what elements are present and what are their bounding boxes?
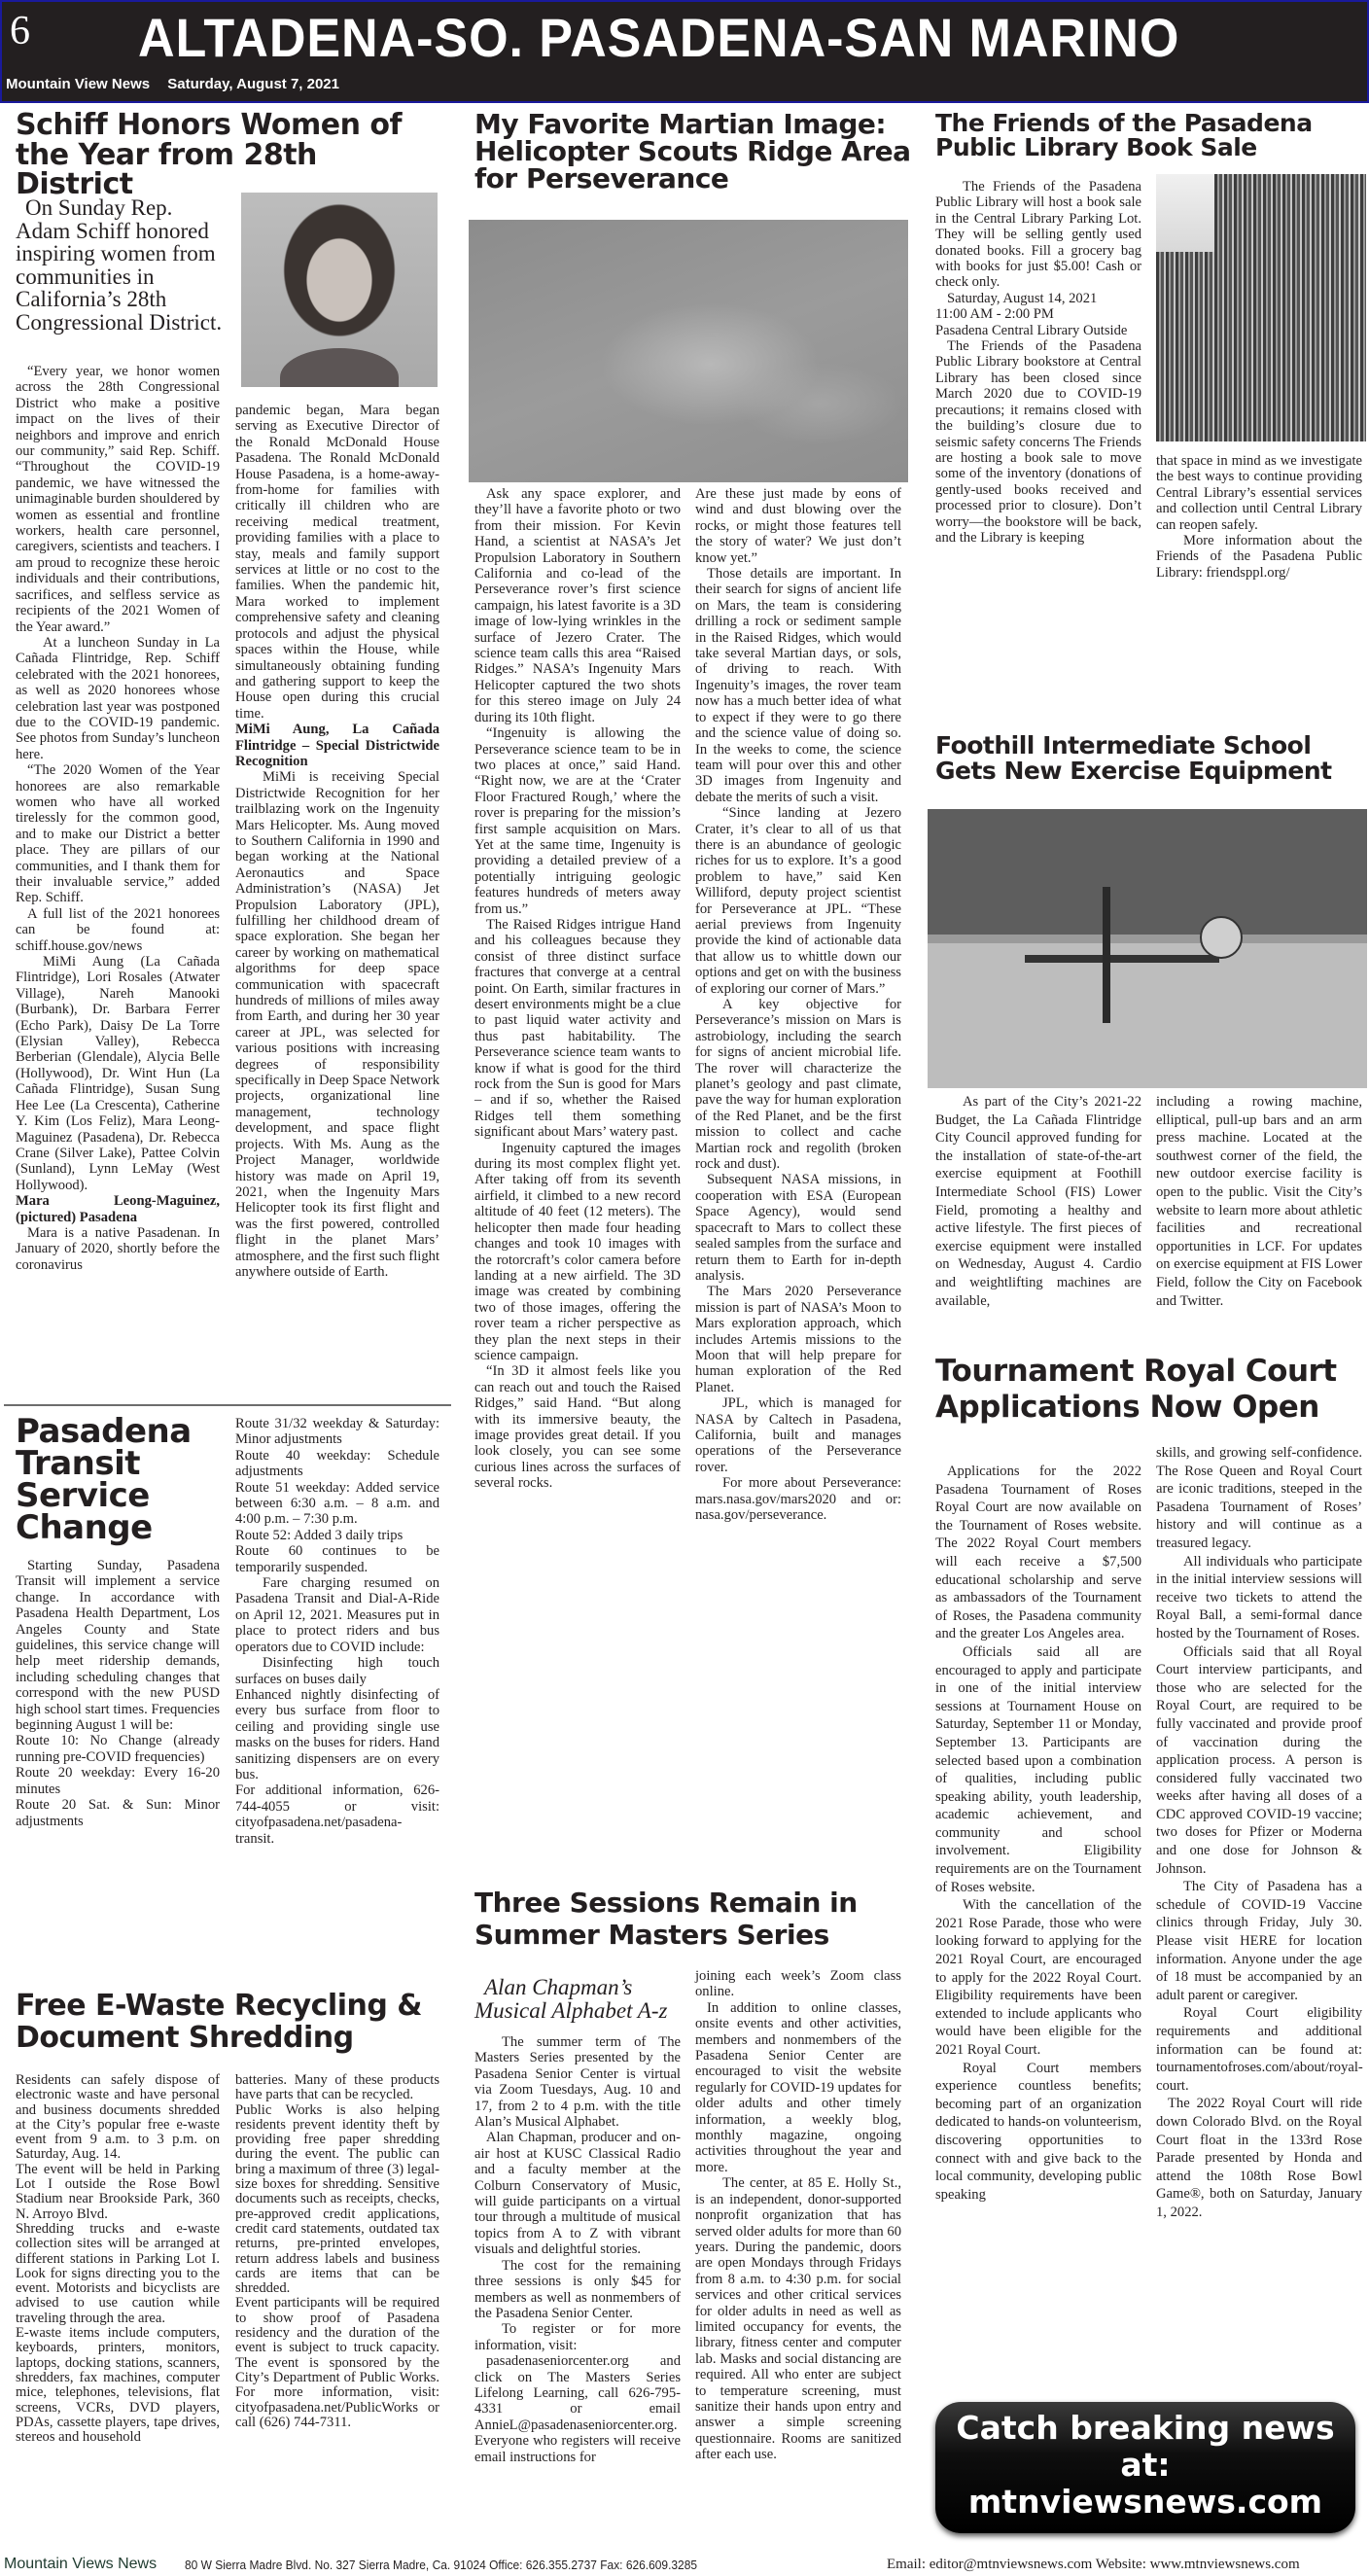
exercise-equipment-photo bbox=[928, 809, 1367, 1088]
article-lede: On Sunday Rep. Adam Schiff honored inspi… bbox=[16, 196, 231, 334]
article-headline: Schiff Honors Women of the Year from 28t… bbox=[16, 111, 443, 200]
publication-name: Mountain View News bbox=[6, 76, 150, 92]
article-column-1: Starting Sunday, Pasadena Transit will i… bbox=[16, 1558, 220, 1829]
article-headline: The Friends of the Pasadena Public Libra… bbox=[935, 111, 1363, 159]
footer-address: 80 W Sierra Madre Blvd. No. 327 Sierra M… bbox=[185, 2558, 697, 2572]
footer-contact: Email: editor@mtnviewsnews.com Website: … bbox=[887, 2557, 1300, 2573]
promo-line-2: at: bbox=[935, 2447, 1355, 2484]
article-column-2: including a rowing machine, elliptical, … bbox=[1156, 1093, 1362, 1310]
footer-brand: Mountain Views News bbox=[4, 2556, 157, 2573]
library-bookshelves-photo bbox=[1156, 174, 1366, 441]
article-subhead: Alan Chapman’s Musical Alphabet A-z bbox=[474, 1976, 679, 2023]
masthead-subline: Mountain View News Saturday, August 7, 2… bbox=[6, 76, 353, 92]
article-column-1: Applications for the 2022 Pasadena Tourn… bbox=[935, 1463, 1141, 2204]
page-number: 6 bbox=[10, 8, 30, 54]
promo-line-3: mtnviewsnews.com bbox=[935, 2484, 1355, 2521]
article-headline: Foothill Intermediate School Gets New Ex… bbox=[935, 733, 1369, 784]
article-headline: Three Sessions Remain in Summer Masters … bbox=[474, 1887, 912, 1951]
masthead: 6 ALTADENA-SO. PASADENA-SAN MARINO Mount… bbox=[0, 0, 1369, 103]
portrait-photo bbox=[241, 193, 438, 387]
article-column-2: skills, and growing self-confidence. The… bbox=[1156, 1444, 1362, 2222]
article-column-2: that space in mind as we investigate the… bbox=[1156, 453, 1362, 581]
promo-line-1: Catch breaking news bbox=[935, 2410, 1355, 2447]
article-column-1: As part of the City’s 2021-22 Budget, th… bbox=[935, 1093, 1141, 1310]
mars-surface-photo bbox=[469, 220, 908, 482]
article-column-2: Are these just made by eons of wind and … bbox=[695, 486, 901, 1523]
article-column-1: “Every year, we honor women across the 2… bbox=[16, 364, 220, 1273]
issue-date: Saturday, August 7, 2021 bbox=[167, 76, 339, 92]
article-headline: Free E-Waste Recycling & Document Shredd… bbox=[16, 1990, 443, 2054]
article-royal-court: Tournament Royal Court Applications Now … bbox=[914, 1354, 1369, 2399]
article-schiff: Schiff Honors Women of the Year from 28t… bbox=[0, 103, 457, 1406]
article-headline: Tournament Royal Court Applications Now … bbox=[935, 1354, 1363, 1426]
article-column-2: Route 31/32 weekday & Saturday: Minor ad… bbox=[235, 1416, 439, 1847]
article-column-2: pandemic began, Mara began serving as Ex… bbox=[235, 403, 439, 1280]
article-column-1: Ask any space explorer, and they’ll have… bbox=[474, 486, 681, 1492]
article-headline: My Favorite Martian Image: Helicopter Sc… bbox=[474, 111, 912, 193]
page-footer: Mountain Views News 80 W Sierra Madre Bl… bbox=[0, 2554, 1369, 2576]
article-column-2: batteries. Many of these products have p… bbox=[235, 2073, 439, 2430]
breaking-news-promo[interactable]: Catch breaking news at: mtnviewsnews.com bbox=[935, 2402, 1355, 2533]
section-title: ALTADENA-SO. PASADENA-SAN MARINO bbox=[138, 6, 1179, 69]
article-headline: Pasadena Transit Service Change bbox=[16, 1416, 210, 1544]
article-column-1: The Friends of the Pasadena Public Libra… bbox=[935, 179, 1141, 546]
article-foothill: Foothill Intermediate School Gets New Ex… bbox=[914, 725, 1369, 1348]
article-column-1: Residents can safely dispose of electron… bbox=[16, 2073, 220, 2445]
article-masters: Three Sessions Remain in Summer Masters … bbox=[457, 1887, 914, 2548]
article-transit: Pasadena Transit Service Change Starting… bbox=[0, 1410, 457, 1974]
section-divider bbox=[4, 1404, 451, 1406]
article-ewaste: Free E-Waste Recycling & Document Shredd… bbox=[0, 1984, 457, 2548]
article-column-1: The summer term of The Masters Series pr… bbox=[474, 2034, 681, 2465]
article-library: The Friends of the Pasadena Public Libra… bbox=[914, 103, 1369, 725]
article-mars: My Favorite Martian Image: Helicopter Sc… bbox=[457, 103, 914, 1883]
article-column-2: joining each week’s Zoom class online. I… bbox=[695, 1968, 901, 2463]
